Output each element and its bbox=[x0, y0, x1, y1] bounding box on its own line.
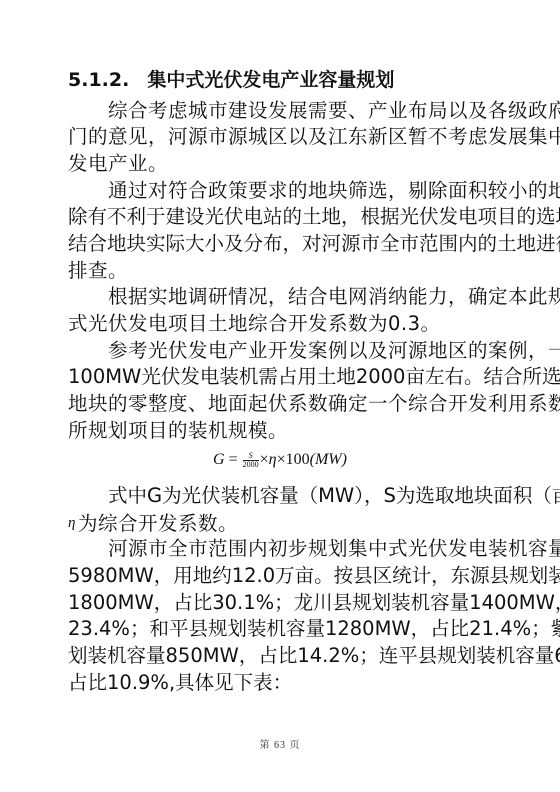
eta-symbol: η bbox=[68, 515, 76, 531]
paragraph-line: 通过对符合政策要求的地块筛选，剔除面积较小的地块，排 bbox=[68, 178, 492, 204]
formula-unit: (MW) bbox=[310, 451, 347, 468]
paragraph-line: 结合地块实际大小及分布，对河源市全市范围内的土地进行组团、 bbox=[68, 231, 492, 257]
paragraph-line: 1800MW，占比30.1%；龙川县规划装机容量1400MW，占比 bbox=[68, 590, 492, 616]
section-title: 集中式光伏发电产业容量规划 bbox=[147, 69, 394, 91]
formula-value: 100 bbox=[286, 451, 310, 468]
formula-denominator: 2000 bbox=[243, 461, 259, 469]
paragraph-line: 发电产业。 bbox=[68, 151, 492, 177]
paragraph-line: 式光伏发电项目土地综合开发系数为0.3。 bbox=[68, 311, 492, 337]
document-page: 5.1.2.集中式光伏发电产业容量规划 综合考虑城市建设发展需要、产业布局以及各… bbox=[0, 0, 560, 792]
eta-description: 为综合开发系数。 bbox=[78, 512, 238, 535]
formula-lhs: G bbox=[213, 451, 225, 468]
formula-equals: = bbox=[229, 451, 238, 468]
paragraph-line: η为综合开发系数。 bbox=[68, 510, 492, 537]
page-number: 第 63 页 bbox=[0, 736, 560, 751]
paragraph-line: 地块的零整度、地面起伏系数确定一个综合开发利用系数来预计 bbox=[68, 391, 492, 417]
paragraph-line: 占比10.9%,具体见下表： bbox=[68, 670, 492, 696]
paragraph-line: 河源市全市范围内初步规划集中式光伏发电装机容量 bbox=[68, 536, 492, 562]
capacity-formula: G = S2000×η×100(MW) bbox=[0, 451, 560, 469]
section-number: 5.1.2. bbox=[68, 69, 129, 91]
formula-eta: η bbox=[269, 451, 277, 468]
paragraph-line: 23.4%；和平县规划装机容量1280MW，占比21.4%；紫金县规 bbox=[68, 616, 492, 642]
paragraph-line: 门的意见，河源市源城区以及江东新区暂不考虑发展集中式光伏 bbox=[68, 124, 492, 150]
paragraph-line: 划装机容量850MW，占比14.2%；连平县规划装机容量650MW， bbox=[68, 643, 492, 669]
paragraph-line: 排查。 bbox=[68, 258, 492, 284]
formula-times: × bbox=[260, 451, 269, 468]
paragraph-line: 式中G为光伏装机容量（MW），S为选取地块面积（亩）， bbox=[68, 483, 492, 509]
formula-times: × bbox=[277, 451, 286, 468]
paragraph-line: 5980MW，用地约12.0万亩。按县区统计，东源县规划装机容量 bbox=[68, 563, 492, 589]
section-heading: 5.1.2.集中式光伏发电产业容量规划 bbox=[68, 67, 394, 93]
paragraph-line: 100MW光伏发电装机需占用土地2000亩左右。结合所选取组团 bbox=[68, 364, 492, 390]
paragraph-line: 所规划项目的装机规模。 bbox=[68, 418, 492, 444]
paragraph-line: 参考光伏发电产业开发案例以及河源地区的案例，一般 bbox=[68, 338, 492, 364]
paragraph-line: 综合考虑城市建设发展需要、产业布局以及各级政府主管部 bbox=[68, 98, 492, 124]
paragraph-line: 除有不利于建设光伏电站的土地，根据光伏发电项目的选址原则， bbox=[68, 204, 492, 230]
formula-fraction: S2000 bbox=[243, 452, 259, 469]
paragraph-line: 根据实地调研情况，结合电网消纳能力，确定本此规划集中 bbox=[68, 284, 492, 310]
